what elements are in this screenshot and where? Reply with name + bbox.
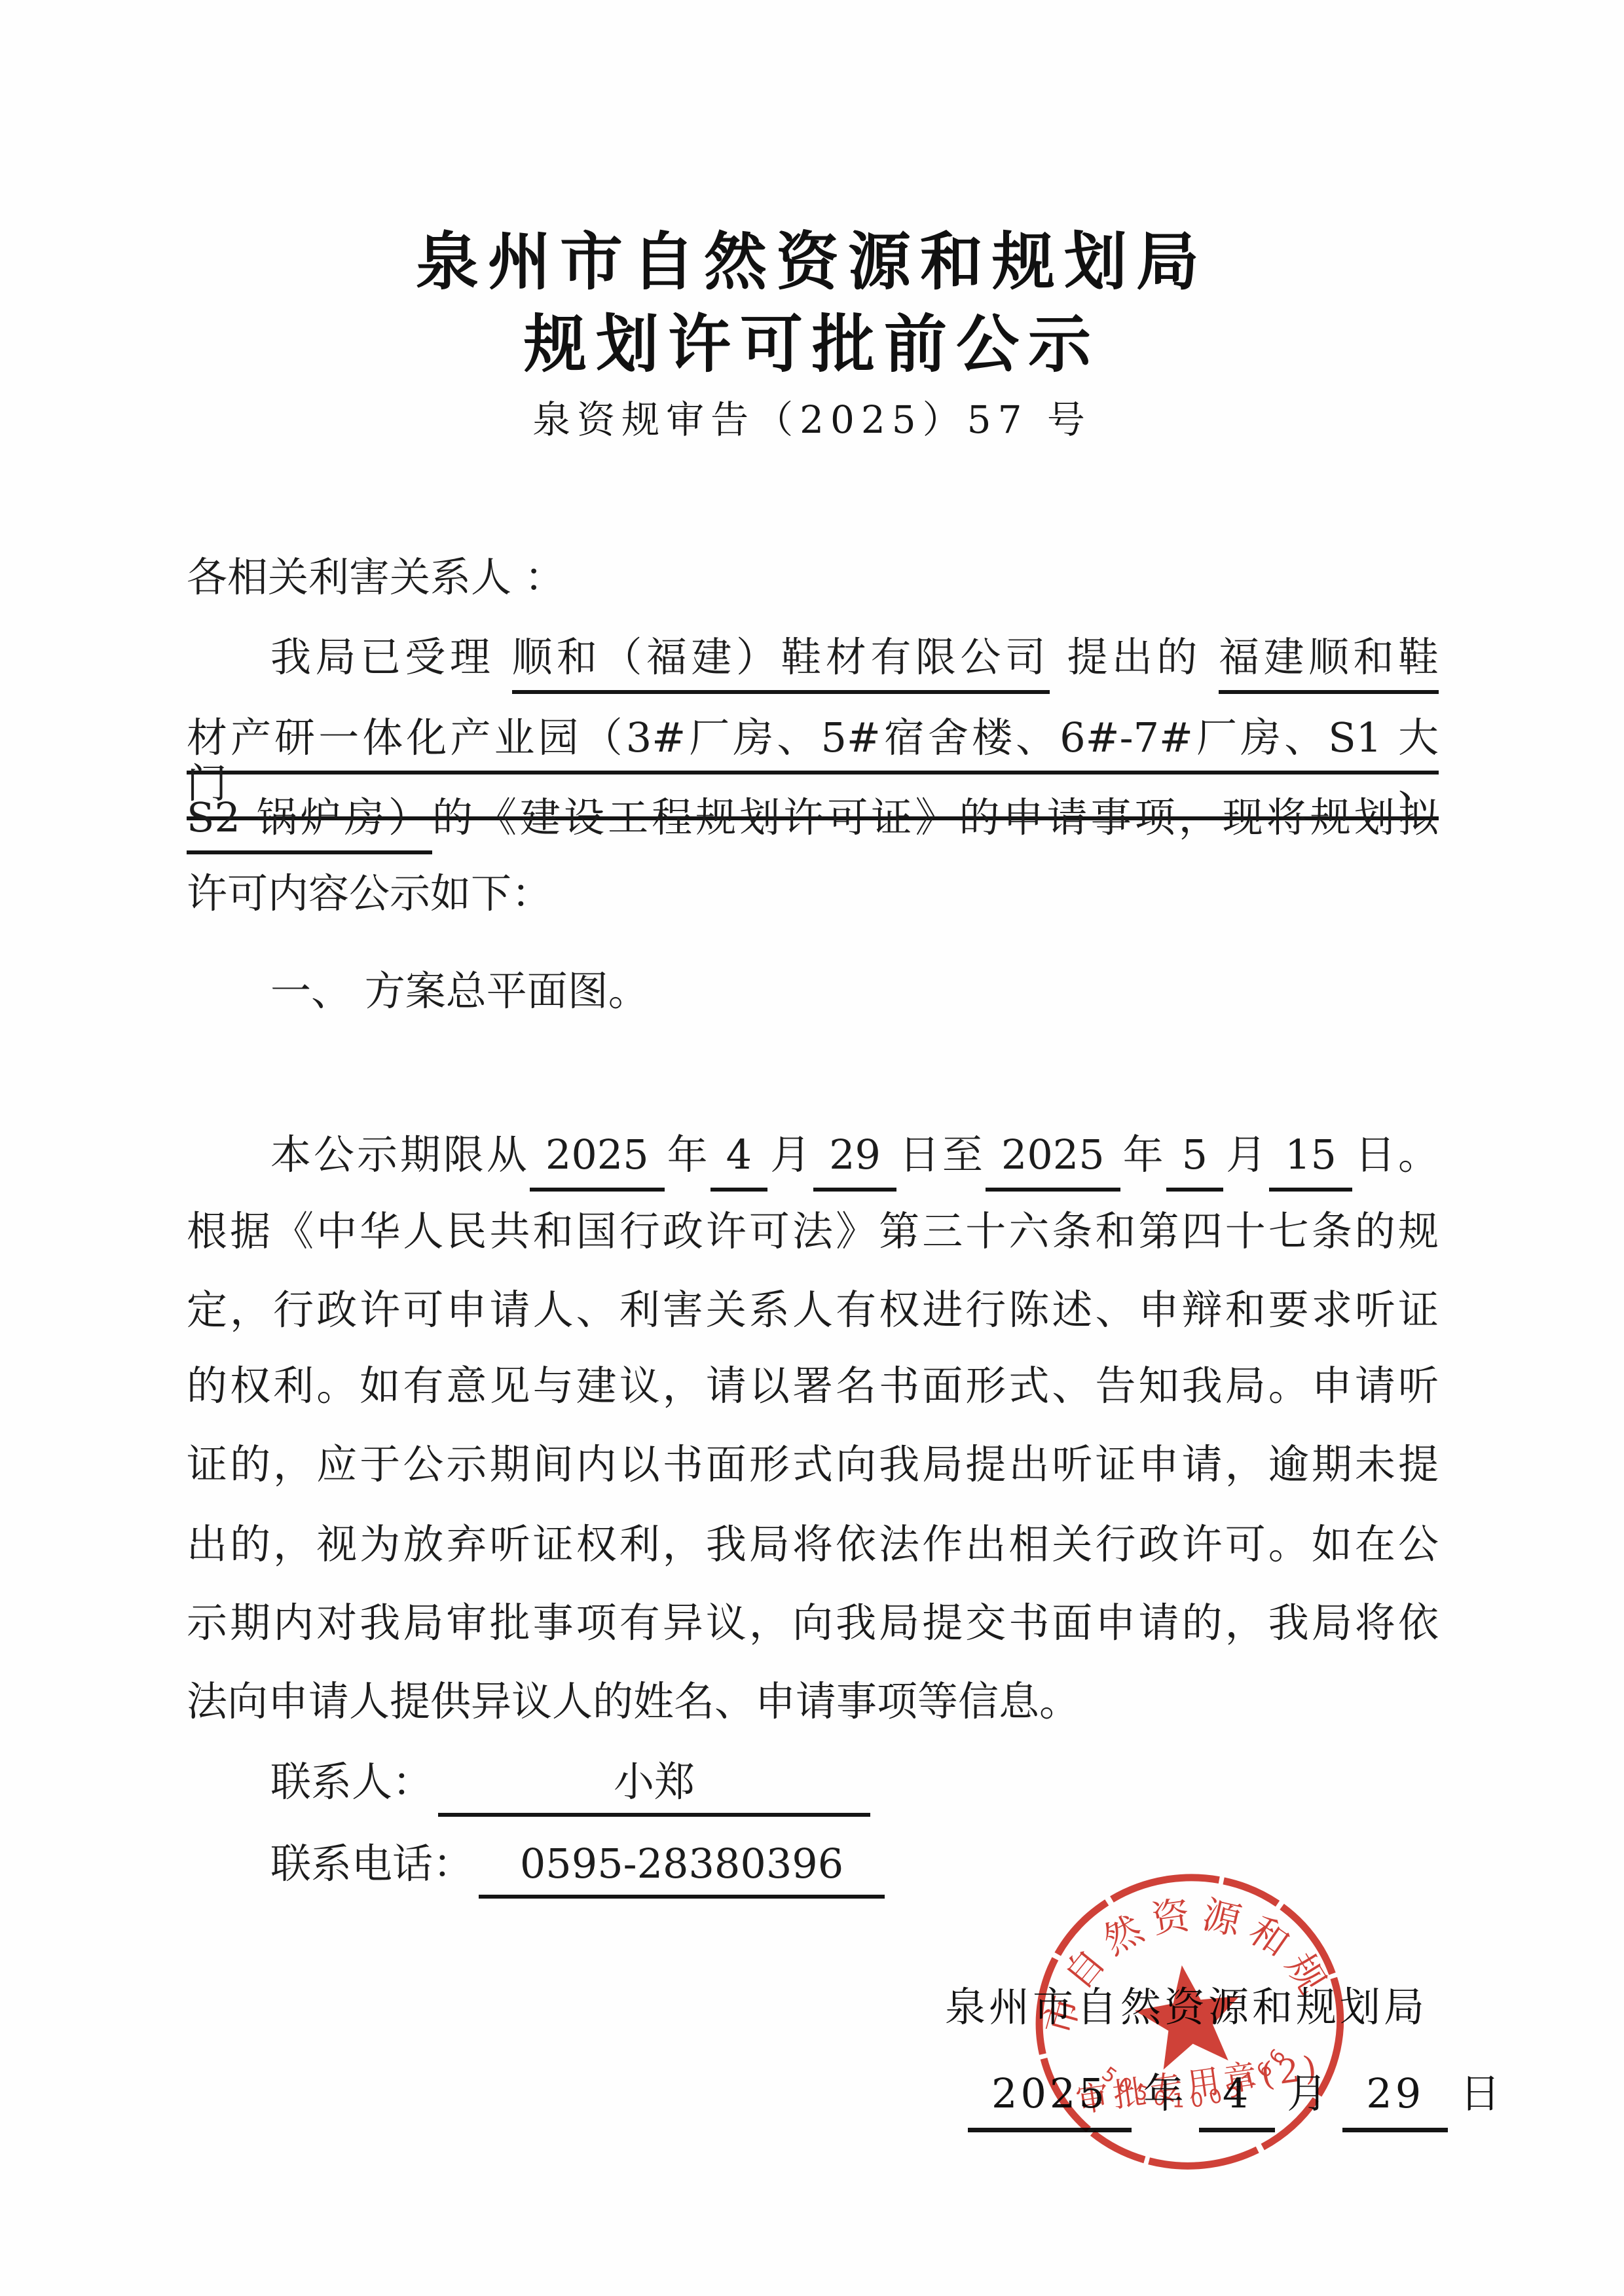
text-run: 日至 (896, 1131, 986, 1178)
text-run: 提出的 (1050, 633, 1219, 681)
document-number: 泉资规审告（2025）57 号 (0, 401, 1624, 439)
start-month-underlined: 4 (710, 1131, 767, 1192)
text-run: 年 (1120, 1131, 1166, 1178)
contact-phone-field: 0595-28380396 (479, 1841, 885, 1899)
text-run: 月 (767, 1131, 813, 1178)
body-line-11: 示期内对我局审批事项有异议，向我局提交书面申请的，我局将依 (187, 1600, 1439, 1646)
text-run: 我局已受理 (270, 633, 512, 681)
body-line-7: 定，行政许可申请人、利害关系人有权进行陈述、申辩和要求听证 (187, 1287, 1439, 1333)
project-name-part3-underlined: S2 锅炉房） (187, 793, 432, 854)
text-run: 年 (665, 1131, 710, 1178)
contact-phone-label: 联系电话： (270, 1840, 473, 1887)
contact-person-label: 联系人： (270, 1758, 433, 1806)
body-line-4: 许可内容公示如下： (187, 871, 1439, 917)
text-run: 本公示期限从 (270, 1131, 530, 1178)
text-run: 日。 (1352, 1131, 1439, 1178)
project-name-part1-underlined: 福建顺和鞋 (1219, 633, 1439, 694)
document-page: 泉州市自然资源和规划局 规划许可批前公示 泉资规审告（2025）57 号 各相关… (0, 0, 1624, 2296)
list-item-one: 一、 方案总平面图。 (187, 968, 1439, 1014)
seal-star-icon (1130, 1958, 1248, 2073)
signature-day-char: 日 (1460, 2069, 1504, 2117)
body-line-12: 法向申请人提供异议人的姓名、申请事项等信息。 (187, 1679, 1439, 1724)
start-day-underlined: 29 (813, 1131, 896, 1192)
body-line-9: 证的，应于公示期间内以书面形式向我局提出听证申请，逾期未提 (187, 1442, 1439, 1487)
applicant-name-underlined: 顺和（福建）鞋材有限公司 (512, 633, 1050, 694)
document-title-line2: 规划许可批前公示 (0, 313, 1624, 376)
official-seal: 泉州市自然资源和规划局 审批专用章(2) 3505010057662 (1006, 1849, 1375, 2206)
contact-person-row: 联系人：小郑 (187, 1759, 1439, 1805)
salutation: 各相关利害关系人 ： (187, 555, 1439, 600)
end-day-underlined: 15 (1269, 1131, 1352, 1192)
body-line-6: 根据《中华人民共和国行政许可法》第三十六条和第四十七条的规 (187, 1209, 1439, 1254)
start-year-underlined: 2025 (530, 1131, 665, 1192)
contact-person-field: 小郑 (438, 1759, 870, 1817)
body-line-3: S2 锅炉房）的《建设工程规划许可证》的申请事项，现将规划拟 (187, 795, 1439, 841)
body-line-1: 我局已受理 顺和（福建）鞋材有限公司 提出的 福建顺和鞋 (187, 634, 1439, 680)
body-line-10: 出的，视为放弃听证权利，我局将依法作出相关行政许可。如在公 (187, 1522, 1439, 1567)
document-title-line1: 泉州市自然资源和规划局 (0, 230, 1624, 293)
end-month-underlined: 5 (1166, 1131, 1223, 1192)
end-year-underlined: 2025 (986, 1131, 1120, 1192)
body-line-8: 的权利。如有意见与建议，请以署名书面形式、告知我局。申请听 (187, 1363, 1439, 1409)
text-run: 的《建设工程规划许可证》的申请事项，现将规划拟 (432, 793, 1439, 841)
text-run: 月 (1223, 1131, 1269, 1178)
body-line-5-dates: 本公示期限从2025年4月29日至2025年5月15日。 (187, 1132, 1439, 1178)
body-line-2: 材产研一体化产业园（3#厂房、5#宿舍楼、6#-7#厂房、S1 大门、 (187, 715, 1439, 761)
